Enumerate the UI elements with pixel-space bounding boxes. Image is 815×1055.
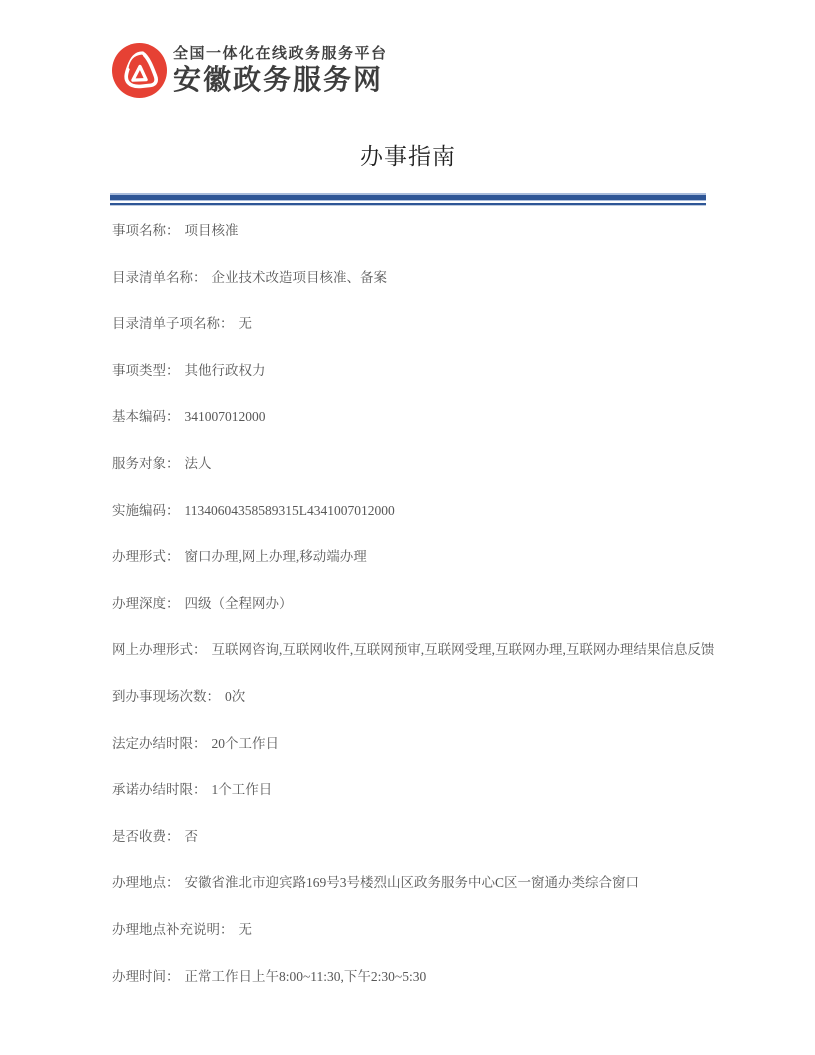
- field-row: 基本编码：341007012000: [112, 407, 752, 427]
- field-label: 目录清单子项名称：: [112, 316, 234, 331]
- field-row: 办理深度：四级（全程网办）: [112, 594, 752, 614]
- field-row: 服务对象：法人: [112, 454, 752, 474]
- title-divider: [110, 193, 706, 206]
- field-row: 承诺办结时限：1个工作日: [112, 780, 752, 800]
- field-row: 实施编码：11340604358589315L4341007012000: [112, 501, 752, 521]
- field-label: 办理形式：: [112, 549, 180, 564]
- field-value: 无: [239, 316, 253, 331]
- field-value: 11340604358589315L4341007012000: [185, 503, 395, 518]
- field-row: 是否收费：否: [112, 827, 752, 847]
- field-label: 网上办理形式：: [112, 642, 207, 657]
- field-row: 事项名称：项目核准: [112, 221, 752, 241]
- field-value: 四级（全程网办）: [185, 596, 293, 611]
- field-label: 承诺办结时限：: [112, 782, 207, 797]
- field-row: 法定办结时限：20个工作日: [112, 734, 752, 754]
- field-value: 正常工作日上午8:00~11:30,下午2:30~5:30: [185, 969, 427, 984]
- field-value: 安徽省淮北市迎宾路169号3号楼烈山区政务服务中心C区一窗通办类综合窗口: [185, 875, 640, 890]
- field-label: 事项名称：: [112, 223, 180, 238]
- field-label: 基本编码：: [112, 409, 180, 424]
- field-value: 341007012000: [185, 409, 266, 424]
- field-label: 办理深度：: [112, 596, 180, 611]
- field-label: 办理地点：: [112, 875, 180, 890]
- field-value: 其他行政权力: [185, 363, 266, 378]
- content-column: 办事指南: [110, 0, 706, 206]
- field-value: 企业技术改造项目核准、备案: [212, 270, 388, 285]
- field-value: 否: [185, 829, 199, 844]
- field-row: 目录清单子项名称：无: [112, 314, 752, 334]
- field-row: 办理地点补充说明：无: [112, 920, 752, 940]
- field-label: 实施编码：: [112, 503, 180, 518]
- field-row: 事项类型：其他行政权力: [112, 361, 752, 381]
- field-value: 互联网咨询,互联网收件,互联网预审,互联网受理,互联网办理,互联网办理结果信息反…: [212, 642, 715, 657]
- field-value: 项目核准: [185, 223, 239, 238]
- field-value: 20个工作日: [212, 736, 280, 751]
- field-row: 办理形式：窗口办理,网上办理,移动端办理: [112, 547, 752, 567]
- field-label: 办理地点补充说明：: [112, 922, 234, 937]
- field-row: 办理时间：正常工作日上午8:00~11:30,下午2:30~5:30: [112, 967, 752, 987]
- divider-thick-line: [110, 193, 706, 201]
- field-label: 到办事现场次数：: [112, 689, 220, 704]
- field-label: 是否收费：: [112, 829, 180, 844]
- field-value: 0次: [225, 689, 245, 704]
- fields-list: 事项名称：项目核准目录清单名称：企业技术改造项目核准、备案目录清单子项名称：无事…: [112, 221, 752, 1013]
- divider-thin-line: [110, 203, 706, 206]
- field-value: 法人: [185, 456, 212, 471]
- field-row: 办理地点：安徽省淮北市迎宾路169号3号楼烈山区政务服务中心C区一窗通办类综合窗…: [112, 873, 752, 893]
- field-label: 办理时间：: [112, 969, 180, 984]
- field-value: 1个工作日: [212, 782, 273, 797]
- field-label: 目录清单名称：: [112, 270, 207, 285]
- field-row: 目录清单名称：企业技术改造项目核准、备案: [112, 268, 752, 288]
- field-value: 无: [239, 922, 253, 937]
- field-label: 服务对象：: [112, 456, 180, 471]
- page-title: 办事指南: [110, 138, 706, 171]
- field-value: 窗口办理,网上办理,移动端办理: [185, 549, 367, 564]
- field-row: 到办事现场次数：0次: [112, 687, 752, 707]
- document-page: 全国一体化在线政务服务平台 安徽政务服务网 办事指南 事项名称：项目核准目录清单…: [0, 0, 815, 1055]
- field-row: 网上办理形式：互联网咨询,互联网收件,互联网预审,互联网受理,互联网办理,互联网…: [112, 640, 752, 660]
- field-label: 事项类型：: [112, 363, 180, 378]
- field-label: 法定办结时限：: [112, 736, 207, 751]
